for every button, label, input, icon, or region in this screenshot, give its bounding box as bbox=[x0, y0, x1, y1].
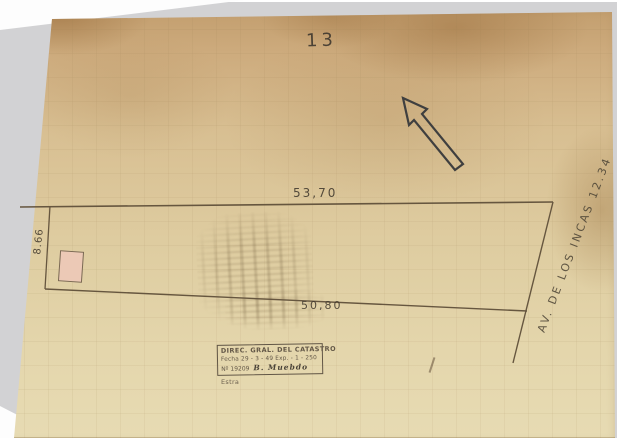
cadastre-stamp-box: DIREC. GRAL. DEL CATASTRO Fecha 29 - 3 -… bbox=[217, 343, 324, 376]
north-arrow-icon bbox=[403, 98, 463, 170]
top-measurement-label: 53,70 bbox=[293, 186, 337, 200]
parcel-top-line bbox=[20, 202, 553, 207]
stamp-number-label: Nº 19209 bbox=[221, 365, 249, 372]
stamp-number-line: Nº 19209B. Muebdo bbox=[221, 362, 319, 373]
sheet-number: 13 bbox=[306, 29, 338, 51]
stamp-signature: B. Muebdo bbox=[253, 362, 308, 372]
building-marker bbox=[58, 250, 84, 283]
parcel-bottom-line bbox=[45, 289, 527, 311]
stamp-note: Estra bbox=[221, 378, 239, 386]
stamp-title: DIREC. GRAL. DEL CATASTRO bbox=[221, 345, 319, 355]
bottom-measurement-label: 50,80 bbox=[301, 299, 343, 312]
